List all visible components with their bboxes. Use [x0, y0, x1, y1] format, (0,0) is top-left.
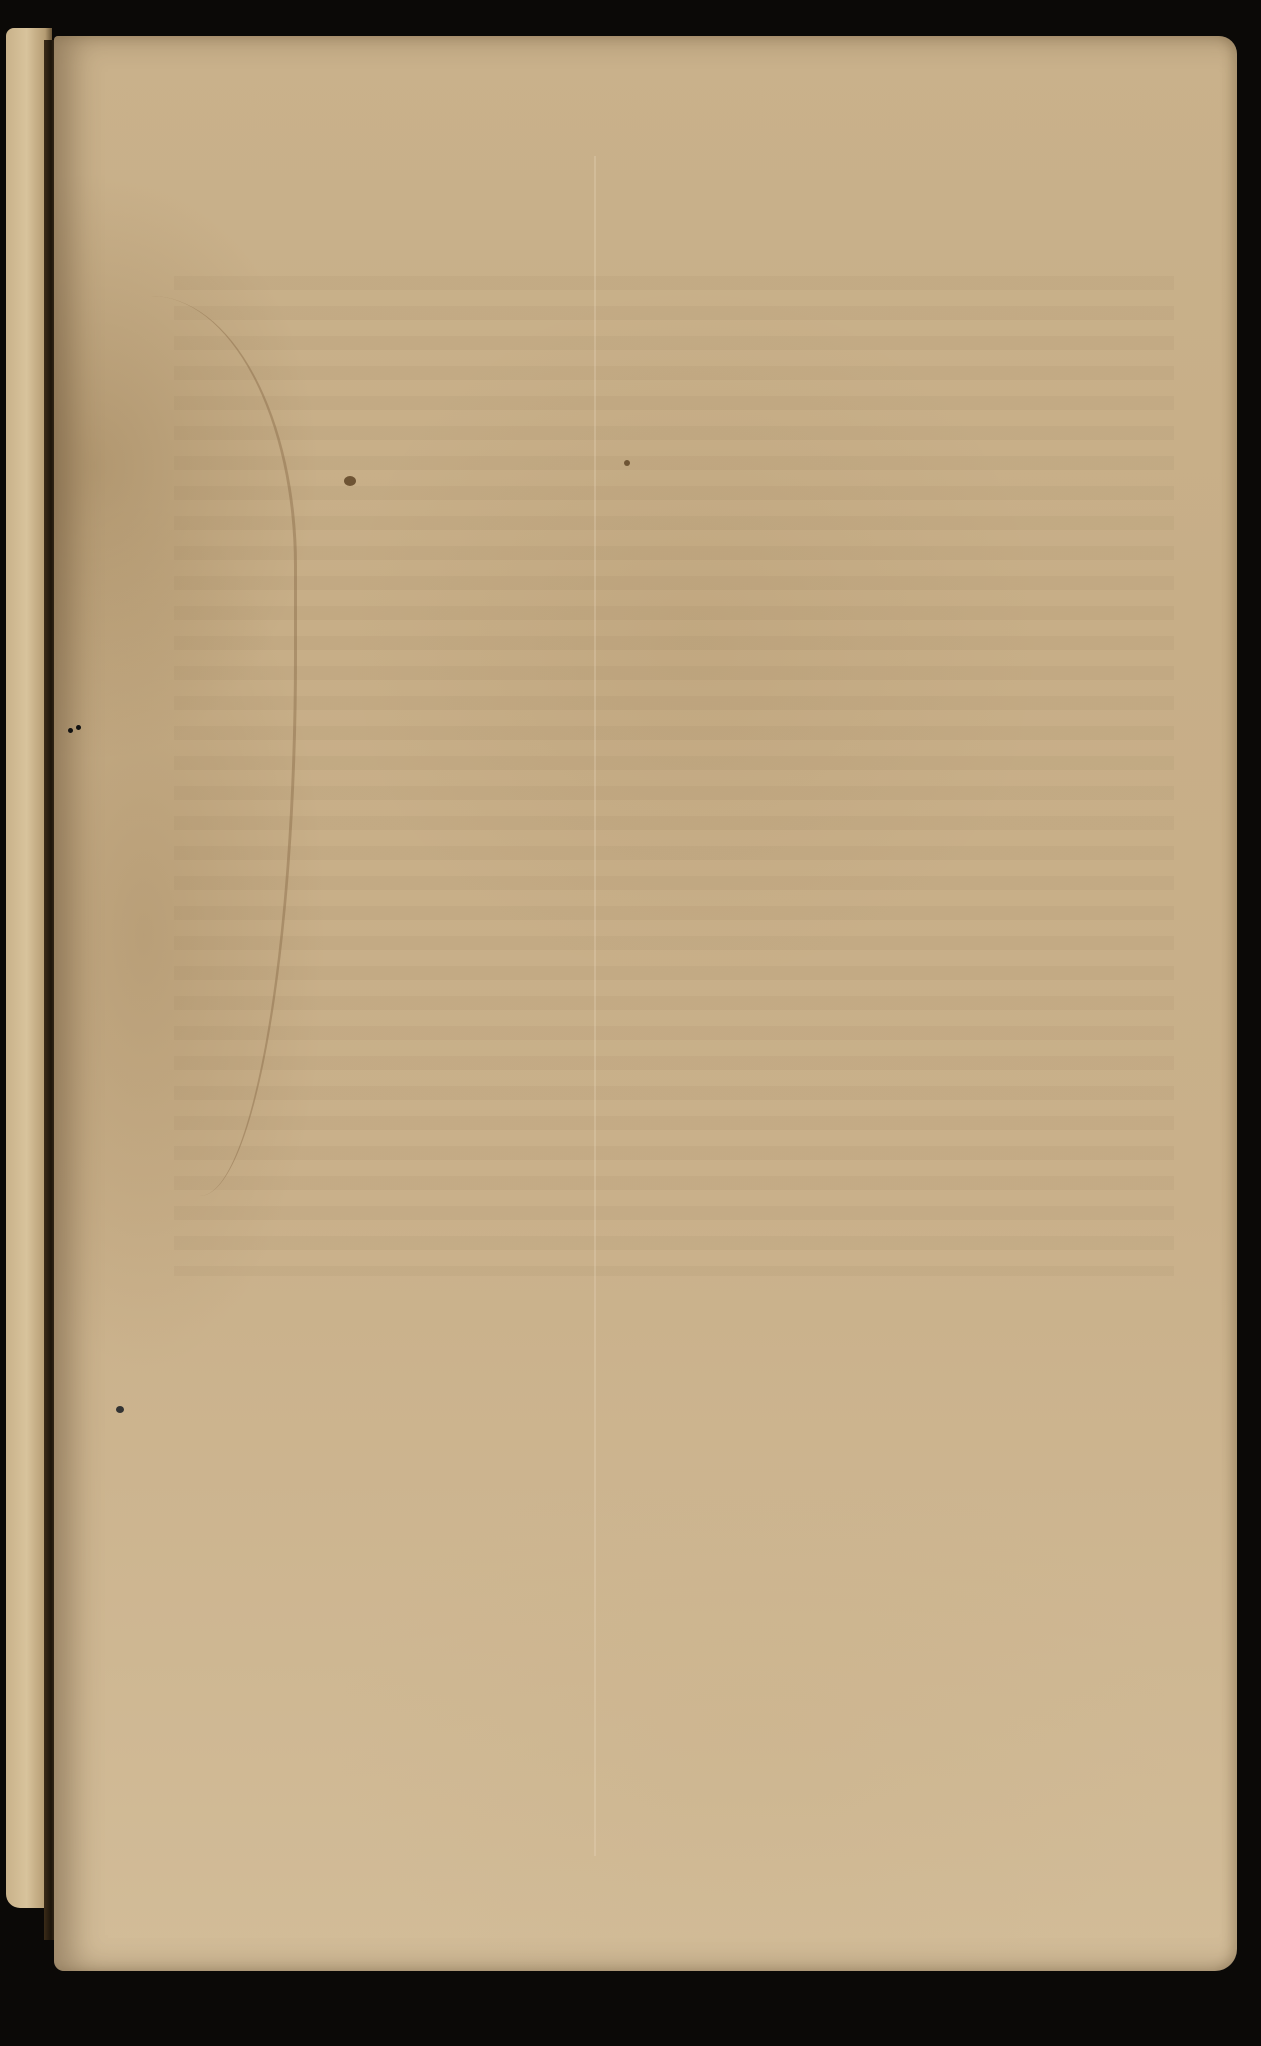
ink-dot: [68, 728, 73, 733]
ink-dot: [116, 1406, 124, 1413]
foxing-spot: [344, 476, 356, 486]
foxing-spot: [624, 460, 630, 466]
ink-dot: [76, 725, 81, 730]
blank-page: [54, 36, 1237, 1971]
show-through-texture: [174, 276, 1174, 1276]
water-stain: [54, 296, 297, 1196]
page-fold: [594, 156, 596, 1856]
scan-background: [0, 0, 1261, 2046]
